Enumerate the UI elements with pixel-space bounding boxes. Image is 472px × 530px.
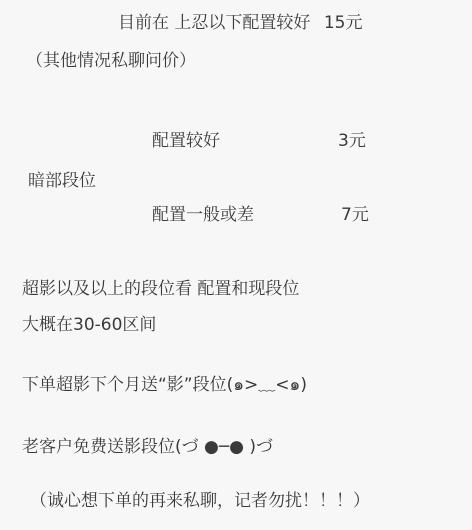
cutoff-previous-line	[0, 0, 472, 2]
dark-rank-good-price: 3元	[338, 130, 366, 152]
promo-returning-customer: 老客户免费送影段位(づ ●─● )づ	[22, 436, 273, 458]
note-other-price: （其他情况私聊问价）	[26, 50, 196, 72]
dark-rank-poor-config: 配置一般或差	[152, 204, 254, 226]
dark-rank-good-config: 配置较好	[152, 130, 220, 152]
shadow-rank-line1: 超影以及以上的段位看 配置和现段位	[22, 278, 299, 300]
footer-note: （诚心想下单的再来私聊，记者勿扰！！！）	[30, 490, 370, 512]
promo-new-order: 下单超影下个月送“影”段位(๑>﹏<๑)	[22, 374, 307, 396]
top-price-line: 目前在 上忍以下配置较好 15元	[118, 12, 362, 34]
shadow-rank-line2: 大概在30-60区间	[22, 314, 156, 336]
dark-rank-label: 暗部段位	[28, 170, 96, 192]
top-price-value: 15元	[324, 13, 363, 33]
top-price-label: 目前在 上忍以下配置较好	[118, 13, 310, 33]
dark-rank-poor-price: 7元	[341, 204, 369, 226]
